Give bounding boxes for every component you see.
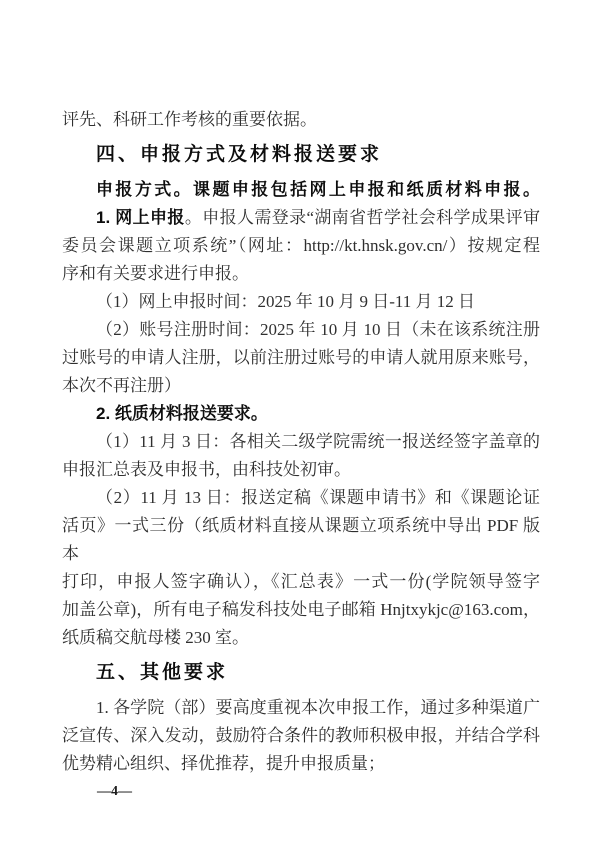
text-line: 纸质稿交航母楼 230 室。 [62, 624, 540, 652]
text-line: 序和有关要求进行申报。 [62, 260, 540, 288]
document-body: 评先、科研工作考核的重要依据。四、申报方式及材料报送要求申报方式。课题申报包括网… [62, 106, 540, 778]
text-line: （1）网上申报时间：2025 年 10 月 9 日-11 月 12 日 [62, 288, 540, 316]
text-run: （1）11 月 3 日：各相关二级学院需统一报送经签字盖章的 [96, 432, 540, 451]
text-line: 评先、科研工作考核的重要依据。 [62, 106, 540, 134]
text-run: （2）11 月 13 日：报送定稿《课题申请书》和《课题论证 [96, 488, 540, 507]
text-line: 泛宣传、深入发动，鼓励符合条件的教师积极申报，并结合学科 [62, 722, 540, 750]
text-line: 过账号的申请人注册，以前注册过账号的申请人就用原来账号， [62, 344, 540, 372]
page-number: —4— [97, 784, 132, 800]
text-run: 活页》一式三份（纸质材料直接从课题立项系统中导出 PDF 版本 [62, 516, 540, 563]
text-line: 1. 网上申报。申报人需登录“湖南省哲学社会科学成果评审 [62, 204, 540, 232]
text-run: 五、其他要求 [96, 662, 228, 683]
text-run: 1. 各学院（部）要高度重视本次申报工作，通过多种渠道广 [96, 698, 540, 717]
text-run: 加盖公章)，所有电子稿发科技处电子邮箱 Hnjtxykjc@163.com， [62, 600, 540, 619]
text-run: 本次不再注册） [62, 376, 181, 395]
text-run: （2）账号注册时间：2025 年 10 月 10 日（未在该系统注册 [96, 320, 540, 339]
text-run: 纸质稿交航母楼 230 室。 [62, 628, 249, 647]
text-line: 申报方式。课题申报包括网上申报和纸质材料申报。 [62, 176, 540, 204]
text-line: 本次不再注册） [62, 372, 540, 400]
text-run: 评先、科研工作考核的重要依据。 [62, 110, 317, 129]
text-run: 1. 网上申报 [96, 208, 185, 227]
text-line: 委员会课题立项系统”（网址：http://kt.hnsk.gov.cn/）按规定… [62, 232, 540, 260]
heading-line: 五、其他要求 [62, 659, 540, 687]
text-line: 申报汇总表及申报书，由科技处初审。 [62, 456, 540, 484]
text-run: 2. 纸质材料报送要求。 [96, 404, 268, 423]
document-page: 评先、科研工作考核的重要依据。四、申报方式及材料报送要求申报方式。课题申报包括网… [0, 0, 600, 848]
text-run: 泛宣传、深入发动，鼓励符合条件的教师积极申报，并结合学科 [62, 726, 540, 745]
text-line: （2）账号注册时间：2025 年 10 月 10 日（未在该系统注册 [62, 316, 540, 344]
text-run: 。申报人需登录“湖南省哲学社会科学成果评审 [185, 208, 540, 227]
text-run: （1）网上申报时间：2025 年 10 月 9 日-11 月 12 日 [96, 292, 475, 311]
text-line: 2. 纸质材料报送要求。 [62, 400, 540, 428]
text-line: 优势精心组织、择优推荐，提升申报质量； [62, 750, 540, 778]
text-run: 序和有关要求进行申报。 [62, 264, 249, 283]
text-run: 优势精心组织、择优推荐，提升申报质量； [62, 754, 385, 773]
text-line: 打印，申报人签字确认），《汇总表》一式一份(学院领导签字 [62, 568, 540, 596]
text-run: 委员会课题立项系统”（网址：http://kt.hnsk.gov.cn/）按规定… [62, 236, 540, 255]
text-line: 加盖公章)，所有电子稿发科技处电子邮箱 Hnjtxykjc@163.com， [62, 596, 540, 624]
text-run: 过账号的申请人注册，以前注册过账号的申请人就用原来账号， [62, 348, 540, 367]
text-line: 1. 各学院（部）要高度重视本次申报工作，通过多种渠道广 [62, 694, 540, 722]
text-line: 活页》一式三份（纸质材料直接从课题立项系统中导出 PDF 版本 [62, 512, 540, 568]
text-line: （2）11 月 13 日：报送定稿《课题申请书》和《课题论证 [62, 484, 540, 512]
text-run: 申报汇总表及申报书，由科技处初审。 [62, 460, 351, 479]
text-run: 四、申报方式及材料报送要求 [96, 144, 382, 165]
text-line: （1）11 月 3 日：各相关二级学院需统一报送经签字盖章的 [62, 428, 540, 456]
text-run: 申报方式。课题申报包括网上申报和纸质材料申报。 [96, 180, 540, 199]
heading-line: 四、申报方式及材料报送要求 [62, 141, 540, 169]
text-run: 打印，申报人签字确认），《汇总表》一式一份(学院领导签字 [62, 572, 540, 591]
